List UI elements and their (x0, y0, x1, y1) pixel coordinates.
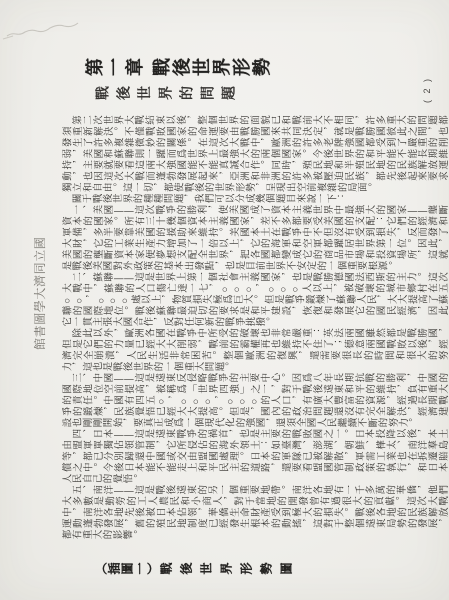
body-paragraph: 第二次世界大戰結束以後，整個世界的面貌已和戰前大不相同，許多重大的問題都須重新解… (62, 116, 449, 194)
body-paragraph: 除此以外，歐洲各國在戰爭中所受的破壞也非常嚴重：英法兩國雖然都是戰勝國，但是它們… (62, 329, 449, 374)
chapter-title: 第一章 戰後世界形勢 (62, 55, 449, 81)
library-stamp: 館書圖學大濟同立國 (30, 230, 50, 350)
body-paragraph: 三、中國——這是遠東反侵略戰爭的主要中心。因爲八年長期抗戰的勝利，中國的國際地位… (62, 374, 449, 430)
pencil-marks (0, 4, 130, 49)
figure-caption: （插圖一）戰後世界形勢圖 (95, 561, 445, 578)
body-paragraph: 一、美國——這次戰爭的勝利，使美國成了資本主義世界中最強大的國家——壟斷資本的國… (62, 206, 449, 273)
figure-caption-title: 戰後世界形勢圖 (160, 562, 300, 576)
scan-text-block: 第一章 戰後世界形勢 戰後世界的問題 第二次世界大戰結束以後，整個世界的面貌已和… (62, 55, 449, 580)
body-paragraph: 五、南洋——這是戰後遠東的另一個重要地帶。南洋各地有一千多萬的華僑，他們大多數是… (62, 486, 449, 542)
library-stamp-text: 館書圖學大濟同立國 (33, 237, 47, 350)
body-paragraph: 四、日本——這是遠東戰爭的禍首，也是主要的戰敗國之一。日本投降以後，本土由盟軍單… (62, 430, 449, 486)
figure-caption-prefix: （插圖一） (95, 562, 160, 576)
body-paragraph: 二、蘇聯——這是世界上第一個社會主義國家，也是戰勝德國法西斯的主力。這次大戰中，… (62, 273, 449, 329)
body-text: 第二次世界大戰結束以後，整個世界的面貌已和戰前大不相同，許多重大的問題都須重新解… (62, 116, 449, 542)
body-paragraph: 關于戰後世界的種種問題，我們可以分成幾個題目來說一下： (62, 194, 449, 205)
section-subtitle: 戰後世界的問題 (62, 81, 449, 105)
scanned-page: 館書圖學大濟同立國 第一章 戰後世界形勢 戰後世界的問題 第二次世界大戰結束以後… (0, 0, 449, 600)
page-number: ( 2 ) (422, 77, 432, 103)
